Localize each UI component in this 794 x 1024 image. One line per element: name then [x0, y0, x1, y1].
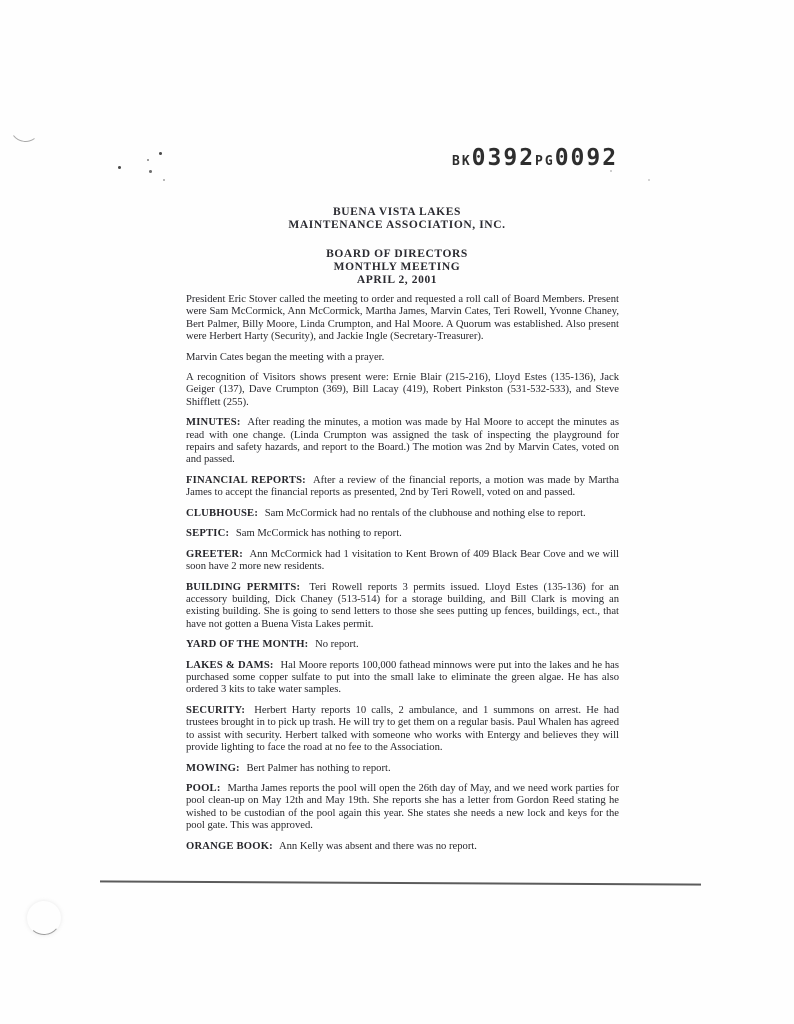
scan-speck	[149, 170, 152, 173]
section-label: GREETER:	[186, 549, 243, 560]
scan-speck	[648, 179, 650, 181]
paragraph-visitors: A recognition of Visitors shows present …	[186, 372, 619, 409]
section-label: SECURITY:	[186, 705, 245, 716]
paragraph-prayer: Marvin Cates began the meeting with a pr…	[186, 352, 619, 364]
section-text: Sam McCormick has nothing to report.	[236, 528, 402, 539]
section-lakes-and-dams: LAKES & DAMS: Hal Moore reports 100,000 …	[186, 660, 619, 697]
section-yard-of-the-month: YARD OF THE MONTH: No report.	[186, 639, 619, 651]
section-label: SEPTIC:	[186, 528, 229, 539]
section-pool: POOL: Martha James reports the pool will…	[186, 783, 619, 832]
document-heading: BUENA VISTA LAKES MAINTENANCE ASSOCIATIO…	[0, 206, 794, 287]
section-text: Ann McCormick had 1 visitation to Kent B…	[186, 549, 619, 572]
meeting-title-line1: BOARD OF DIRECTORS	[0, 248, 794, 261]
stamp-page-prefix: PG	[535, 154, 555, 169]
meeting-title-line2: MONTHLY MEETING	[0, 261, 794, 274]
section-orange-book: ORANGE BOOK: Ann Kelly was absent and th…	[186, 841, 619, 853]
scan-speck	[159, 152, 162, 155]
section-label: MINUTES:	[186, 417, 241, 428]
scan-speck	[118, 166, 121, 169]
section-clubhouse: CLUBHOUSE: Sam McCormick had no rentals …	[186, 508, 619, 520]
section-label: FINANCIAL REPORTS:	[186, 475, 306, 486]
section-text: No report.	[315, 639, 359, 650]
scan-speck	[163, 179, 165, 181]
section-label: BUILDING PERMITS:	[186, 582, 300, 593]
section-label: MOWING:	[186, 763, 240, 774]
section-text: Bert Palmer has nothing to report.	[246, 763, 390, 774]
bottom-rule	[100, 880, 701, 885]
section-text: Sam McCormick had no rentals of the club…	[265, 508, 586, 519]
section-label: LAKES & DAMS:	[186, 660, 274, 671]
section-label: CLUBHOUSE:	[186, 508, 258, 519]
section-greeter: GREETER: Ann McCormick had 1 visitation …	[186, 549, 619, 574]
scan-speck	[147, 159, 149, 161]
section-text: After reading the minutes, a motion was …	[186, 417, 619, 465]
section-label: POOL:	[186, 783, 221, 794]
section-text: Marvin Cates began the meeting with a pr…	[186, 352, 384, 363]
minutes-body: President Eric Stover called the meeting…	[186, 294, 619, 861]
section-text: Herbert Harty reports 10 calls, 2 ambula…	[186, 705, 619, 753]
section-text: A recognition of Visitors shows present …	[186, 372, 619, 408]
section-minutes: MINUTES: After reading the minutes, a mo…	[186, 417, 619, 466]
section-label: YARD OF THE MONTH:	[186, 639, 308, 650]
section-building-permits: BUILDING PERMITS: Teri Rowell reports 3 …	[186, 582, 619, 631]
section-text: Ann Kelly was absent and there was no re…	[279, 841, 477, 852]
section-text: Martha James reports the pool will open …	[186, 783, 619, 831]
section-mowing: MOWING: Bert Palmer has nothing to repor…	[186, 763, 619, 775]
punch-hole-arc-bottom	[26, 900, 62, 936]
section-security: SECURITY: Herbert Harty reports 10 calls…	[186, 705, 619, 754]
org-name-line1: BUENA VISTA LAKES	[0, 206, 794, 219]
paragraph-roll-call: President Eric Stover called the meeting…	[186, 294, 619, 343]
stamp-book-prefix: BK	[452, 154, 472, 169]
section-label: ORANGE BOOK:	[186, 841, 273, 852]
section-septic: SEPTIC: Sam McCormick has nothing to rep…	[186, 528, 619, 540]
stamp-book-number: 0392	[472, 145, 535, 171]
scanned-page: BK0392PG0092 BUENA VISTA LAKES MAINTENAN…	[0, 0, 794, 1024]
meeting-date: APRIL 2, 2001	[0, 274, 794, 287]
section-text: President Eric Stover called the meeting…	[186, 294, 619, 342]
section-financial-reports: FINANCIAL REPORTS: After a review of the…	[186, 475, 619, 500]
record-stamp: BK0392PG0092	[452, 145, 618, 171]
stamp-page-number: 0092	[555, 145, 618, 171]
org-name-line2: MAINTENANCE ASSOCIATION, INC.	[0, 219, 794, 232]
punch-hole-arc-top	[8, 109, 43, 144]
